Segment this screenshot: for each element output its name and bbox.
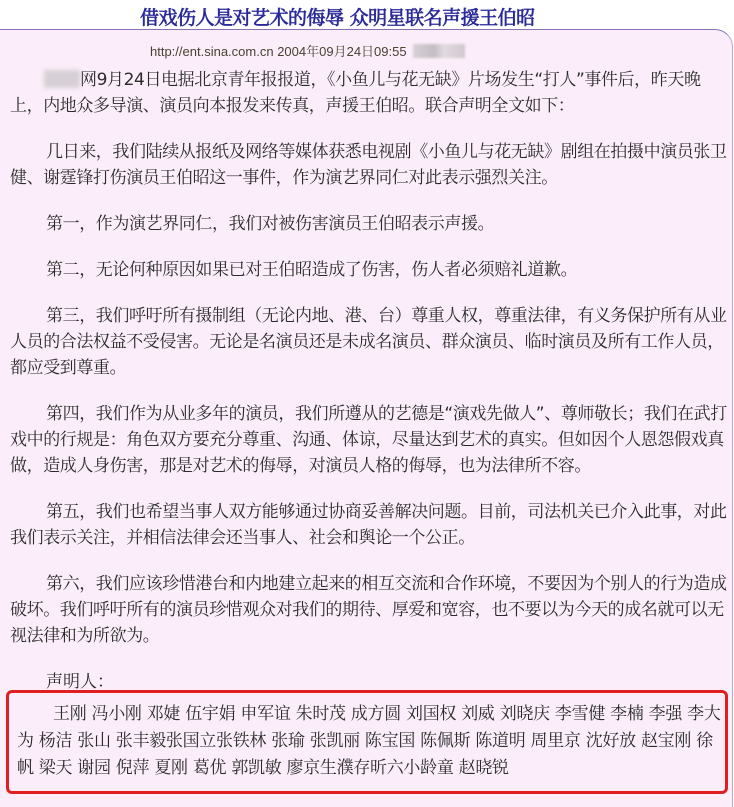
paragraph-point-3: 第三，我们呼吁所有摄制组（无论内地、港、台）尊重人权，尊重法律，有义务保护所有从…: [10, 303, 730, 381]
source-url[interactable]: http://ent.sina.com.cn: [150, 44, 274, 59]
paragraph-intro-statement: 几日来，我们陆续从报纸及网络等媒体获悉电视剧《小鱼儿与花无缺》剧组在拍摄中演员张…: [10, 139, 730, 191]
title-bar: 借戏伤人是对艺术的侮辱 众明星联名声援王伯昭: [0, 0, 734, 30]
intro-paragraph: 网9月24日电据北京青年报报道，《小鱼儿与花无缺》片场发生“打人”事件后，昨天晚…: [10, 67, 730, 119]
paragraph-point-6: 第六，我们应该珍惜港台和内地建立起来的相互交流和合作环境，不要因为个别人的行为造…: [10, 571, 730, 649]
redacted-outlet-blur: [44, 70, 80, 88]
intro-text: 网9月24日电据北京青年报报道，《小鱼儿与花无缺》片场发生“打人”事件后，昨天晚…: [10, 70, 701, 116]
publish-datetime: 2004年09月24日09:55: [277, 44, 406, 59]
signatories-highlight-box: 王刚 冯小刚 邓婕 伍宇娟 申军谊 朱时茂 成方圆 刘国权 刘威 刘晓庆 李雪健…: [6, 690, 728, 794]
paragraph-point-4: 第四，我们作为从业多年的演员，我们所遵从的艺德是“演戏先做人”、尊师敬长；我们在…: [10, 401, 730, 479]
paragraph-point-1: 第一，作为演艺界同仁，我们对被伤害演员王伯昭表示声援。: [10, 211, 730, 237]
article-title: 借戏伤人是对艺术的侮辱 众明星联名声援王伯昭: [140, 3, 600, 30]
paragraph-point-5: 第五，我们也希望当事人双方能够通过协商妥善解决问题。目前，司法机关已介入此事，对…: [10, 499, 730, 551]
signatories-list: 王刚 冯小刚 邓婕 伍宇娟 申军谊 朱时茂 成方圆 刘国权 刘威 刘晓庆 李雪健…: [17, 701, 723, 782]
article-meta: http://ent.sina.com.cn 2004年09月24日09:55: [150, 41, 465, 60]
redacted-source-blur: [413, 44, 465, 58]
article-body: 网9月24日电据北京青年报报道，《小鱼儿与花无缺》片场发生“打人”事件后，昨天晚…: [10, 67, 730, 707]
paragraph-point-2: 第二，无论何种原因如果已对王伯昭造成了伤害，伤人者必须赔礼道歉。: [10, 257, 730, 283]
article-page: 借戏伤人是对艺术的侮辱 众明星联名声援王伯昭 http://ent.sina.c…: [0, 0, 734, 807]
